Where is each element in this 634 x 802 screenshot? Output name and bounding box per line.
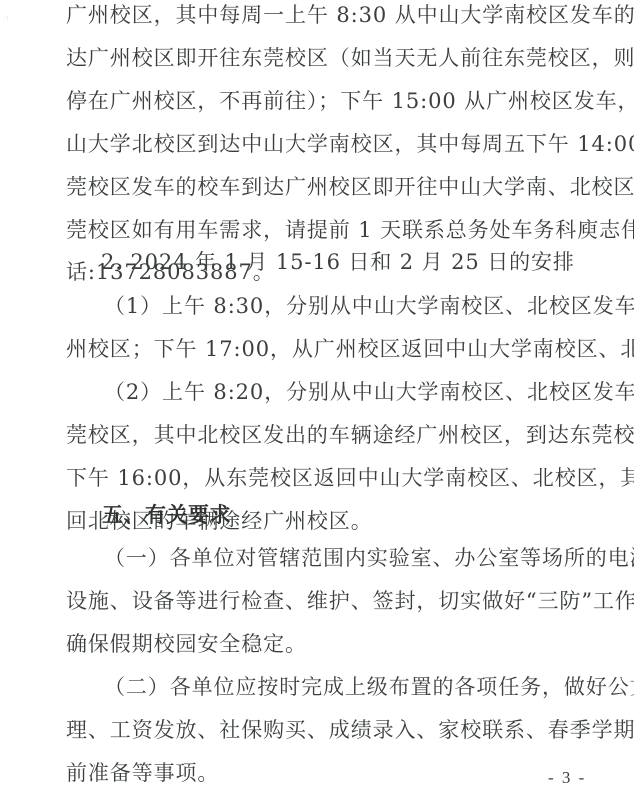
item-2-sub2-line: 下午 16:00，从东莞校区返回中山大学南校区、北校区，其中返 [66,463,580,493]
text-line: 莞校区如有用车需求，请提前 1 天联系总务处车务科庾志伟，电 [66,215,580,245]
text-line: 停在广州校区，不再前往）；下午 15:00 从广州校区发车，经中 [66,86,580,116]
requirement-2-line: （二）各单位应按时完成上级布置的各项任务，做好公文处 [104,672,580,702]
text-line: 达广州校区即开往东莞校区（如当天无人前往东莞校区，则车辆 [66,43,580,73]
item-2-title: 2. 2024 年 1 月 15-16 日和 2 月 25 日的安排 [101,247,577,277]
requirement-2-line: 前准备等事项。 [66,758,580,788]
item-2-sub2-line: （2）上午 8:20，分别从中山大学南校区、北校区发车至东 [104,377,580,407]
page-number: - 3 - [548,768,586,788]
text-line: 莞校区发车的校车到达广州校区即开往中山大学南、北校区；东 [66,172,580,202]
item-2-sub1-line: （1）上午 8:30，分别从中山大学南校区、北校区发车至广 [104,291,580,321]
requirement-1-line: （一）各单位对管辖范围内实验室、办公室等场所的电源、 [104,543,580,573]
document-page: ·: 广州校区，其中每周一上午 8:30 从中山大学南校区发车的校车到 达广州校… [0,0,634,802]
requirement-1-line: 确保假期校园安全稳定。 [66,629,580,659]
text-line: 山大学北校区到达中山大学南校区，其中每周五下午 14:00 从东 [66,129,580,159]
section-heading: 五、有关要求 [102,500,578,530]
scan-artifact: ·: [4,14,14,20]
item-2-sub1-line: 州校区；下午 17:00，从广州校区返回中山大学南校区、北校区。 [66,334,580,364]
item-2-sub2-line: 莞校区，其中北校区发出的车辆途经广州校区，到达东莞校区； [66,420,580,450]
requirement-2-line: 理、工资发放、社保购买、成绩录入、家校联系、春季学期开学 [66,715,580,745]
requirement-1-line: 设施、设备等进行检查、维护、签封，切实做好“三防”工作， [66,586,580,616]
text-line: 广州校区，其中每周一上午 8:30 从中山大学南校区发车的校车到 [66,0,580,30]
